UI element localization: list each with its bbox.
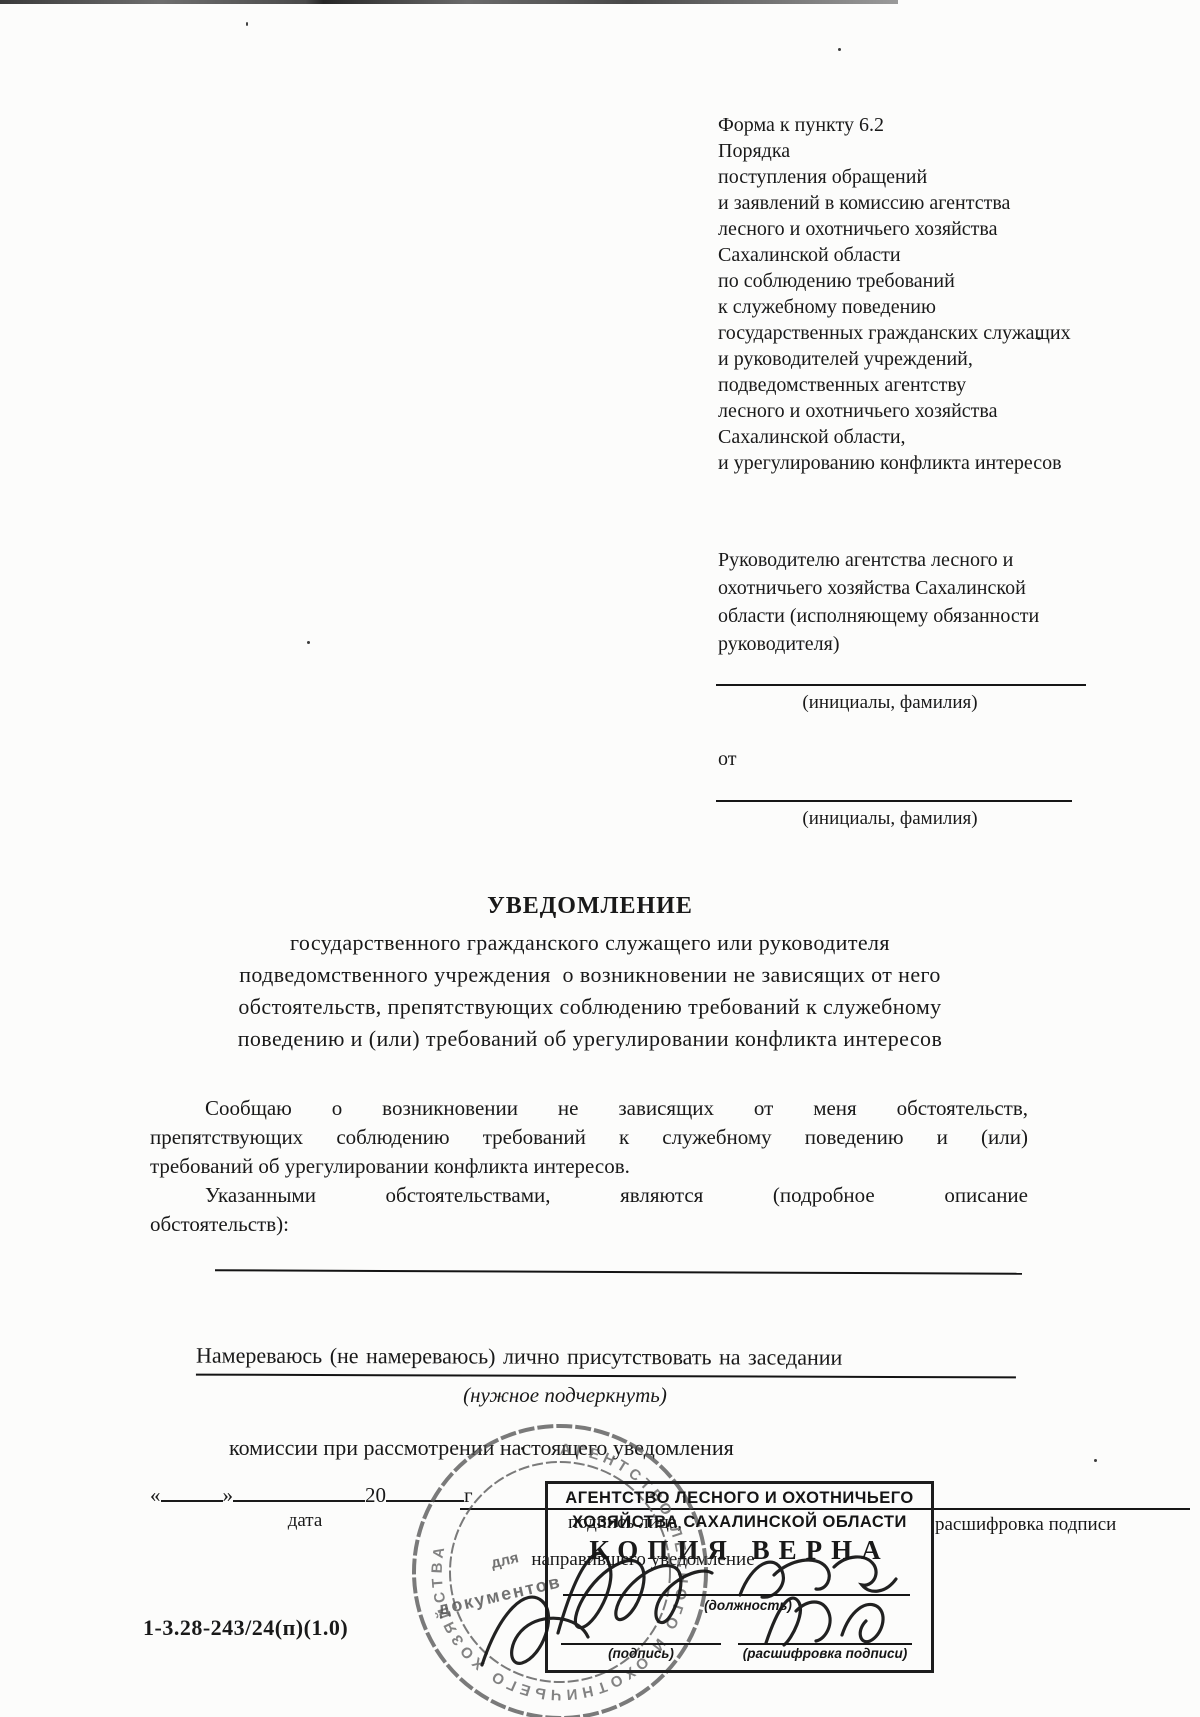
subtitle-line: государственного гражданского служащего … — [150, 927, 1030, 959]
form-reference-line: Сахалинской области, — [718, 424, 1138, 450]
document-title: УВЕДОМЛЕНИЕ — [150, 893, 1030, 920]
initials-surname-label: (инициалы, фамилия) — [760, 808, 1020, 830]
addressee-line: руководителя) — [718, 630, 1118, 658]
signature-stroke — [766, 1598, 883, 1645]
signature-stroke — [558, 1553, 712, 1633]
intend-statement: Намереваюсь (не намереваюсь) лично прису… — [196, 1343, 1016, 1379]
body-paragraph-circumstances: Указанными обстоятельствами, являются (п… — [150, 1181, 1028, 1239]
date-day-blank — [161, 1479, 223, 1502]
subtitle-line: подведомственного учреждения о возникнов… — [150, 959, 1030, 991]
date-caption: дата — [230, 1510, 380, 1532]
form-reference-line: Форма к пункту 6.2 — [718, 112, 1138, 138]
fill-in-line-circumstances — [215, 1269, 1022, 1275]
form-reference-line: Порядка — [718, 138, 1138, 164]
form-reference-line: к служебному поведению — [718, 294, 1138, 320]
body-line: обстоятельств): — [150, 1210, 1028, 1239]
scanned-document-page: Форма к пункту 6.2Порядкапоступления обр… — [0, 0, 1200, 1717]
date-close-quote: » — [223, 1483, 234, 1507]
scan-speck — [246, 22, 248, 26]
document-subtitle: государственного гражданского служащего … — [150, 927, 1030, 1055]
form-reference-line: государственных гражданских служащих — [718, 320, 1138, 346]
date-open-quote: « — [150, 1483, 161, 1507]
body-line: Сообщаю о возникновении не зависящих от … — [150, 1094, 1028, 1123]
stamp-org-line1: АГЕНТСТВО ЛЕСНОГО И ОХОТНИЧЬЕГО — [548, 1489, 931, 1508]
form-reference-line: поступления обращений — [718, 164, 1138, 190]
signature-stroke — [740, 1557, 896, 1597]
fill-in-line-addressee-name — [716, 684, 1086, 686]
scan-speck — [307, 641, 310, 644]
scan-speck — [838, 48, 841, 51]
signature-stroke — [482, 1597, 588, 1665]
initials-surname-label: (инициалы, фамилия) — [760, 692, 1020, 714]
form-reference-line: Сахалинской области — [718, 242, 1138, 268]
scan-speck — [1094, 1459, 1097, 1462]
form-reference-line: по соблюдению требований — [718, 268, 1138, 294]
transcript-caption: расшифровка подписи — [935, 1514, 1185, 1536]
scan-artifact-band — [0, 0, 898, 4]
addressee-block: Руководителю агентства лесного иохотничь… — [718, 546, 1118, 658]
form-reference-line: и урегулированию конфликта интересов — [718, 450, 1138, 476]
addressee-line: области (исполняющему обязанности — [718, 602, 1118, 630]
subtitle-line: поведению и (или) требований об урегулир… — [150, 1023, 1030, 1055]
fill-in-line-sender-name — [716, 800, 1072, 802]
subtitle-line: обстоятельств, препятствующих соблюдению… — [150, 991, 1030, 1023]
body-line: требований об урегулировании конфликта и… — [150, 1152, 1028, 1181]
body-line: препятствующих соблюдению требований к с… — [150, 1123, 1028, 1152]
form-reference-line: лесного и охотничьего хозяйства — [718, 398, 1138, 424]
addressee-line: охотничьего хозяйства Сахалинской — [718, 574, 1118, 602]
date-year-prefix: 20 — [365, 1483, 386, 1507]
handwritten-signatures — [430, 1515, 950, 1715]
form-reference-line: и заявлений в комиссию агентства — [718, 190, 1138, 216]
form-reference-line: подведомственных агентству — [718, 372, 1138, 398]
addressee-line: Руководителю агентства лесного и — [718, 546, 1118, 574]
from-word: от — [718, 748, 736, 771]
form-reference-line: лесного и охотничьего хозяйства — [718, 216, 1138, 242]
body-line: Указанными обстоятельствами, являются (п… — [150, 1181, 1028, 1210]
document-number: 1-3.28-243/24(п)(1.0) — [143, 1615, 348, 1641]
underline-instruction: (нужное подчеркнуть) — [350, 1383, 780, 1408]
date-month-blank — [233, 1479, 365, 1502]
form-reference-line: и руководителей учреждений, — [718, 346, 1138, 372]
form-reference-block: Форма к пункту 6.2Порядкапоступления обр… — [718, 112, 1138, 476]
body-paragraph-notify: Сообщаю о возникновении не зависящих от … — [150, 1094, 1028, 1181]
